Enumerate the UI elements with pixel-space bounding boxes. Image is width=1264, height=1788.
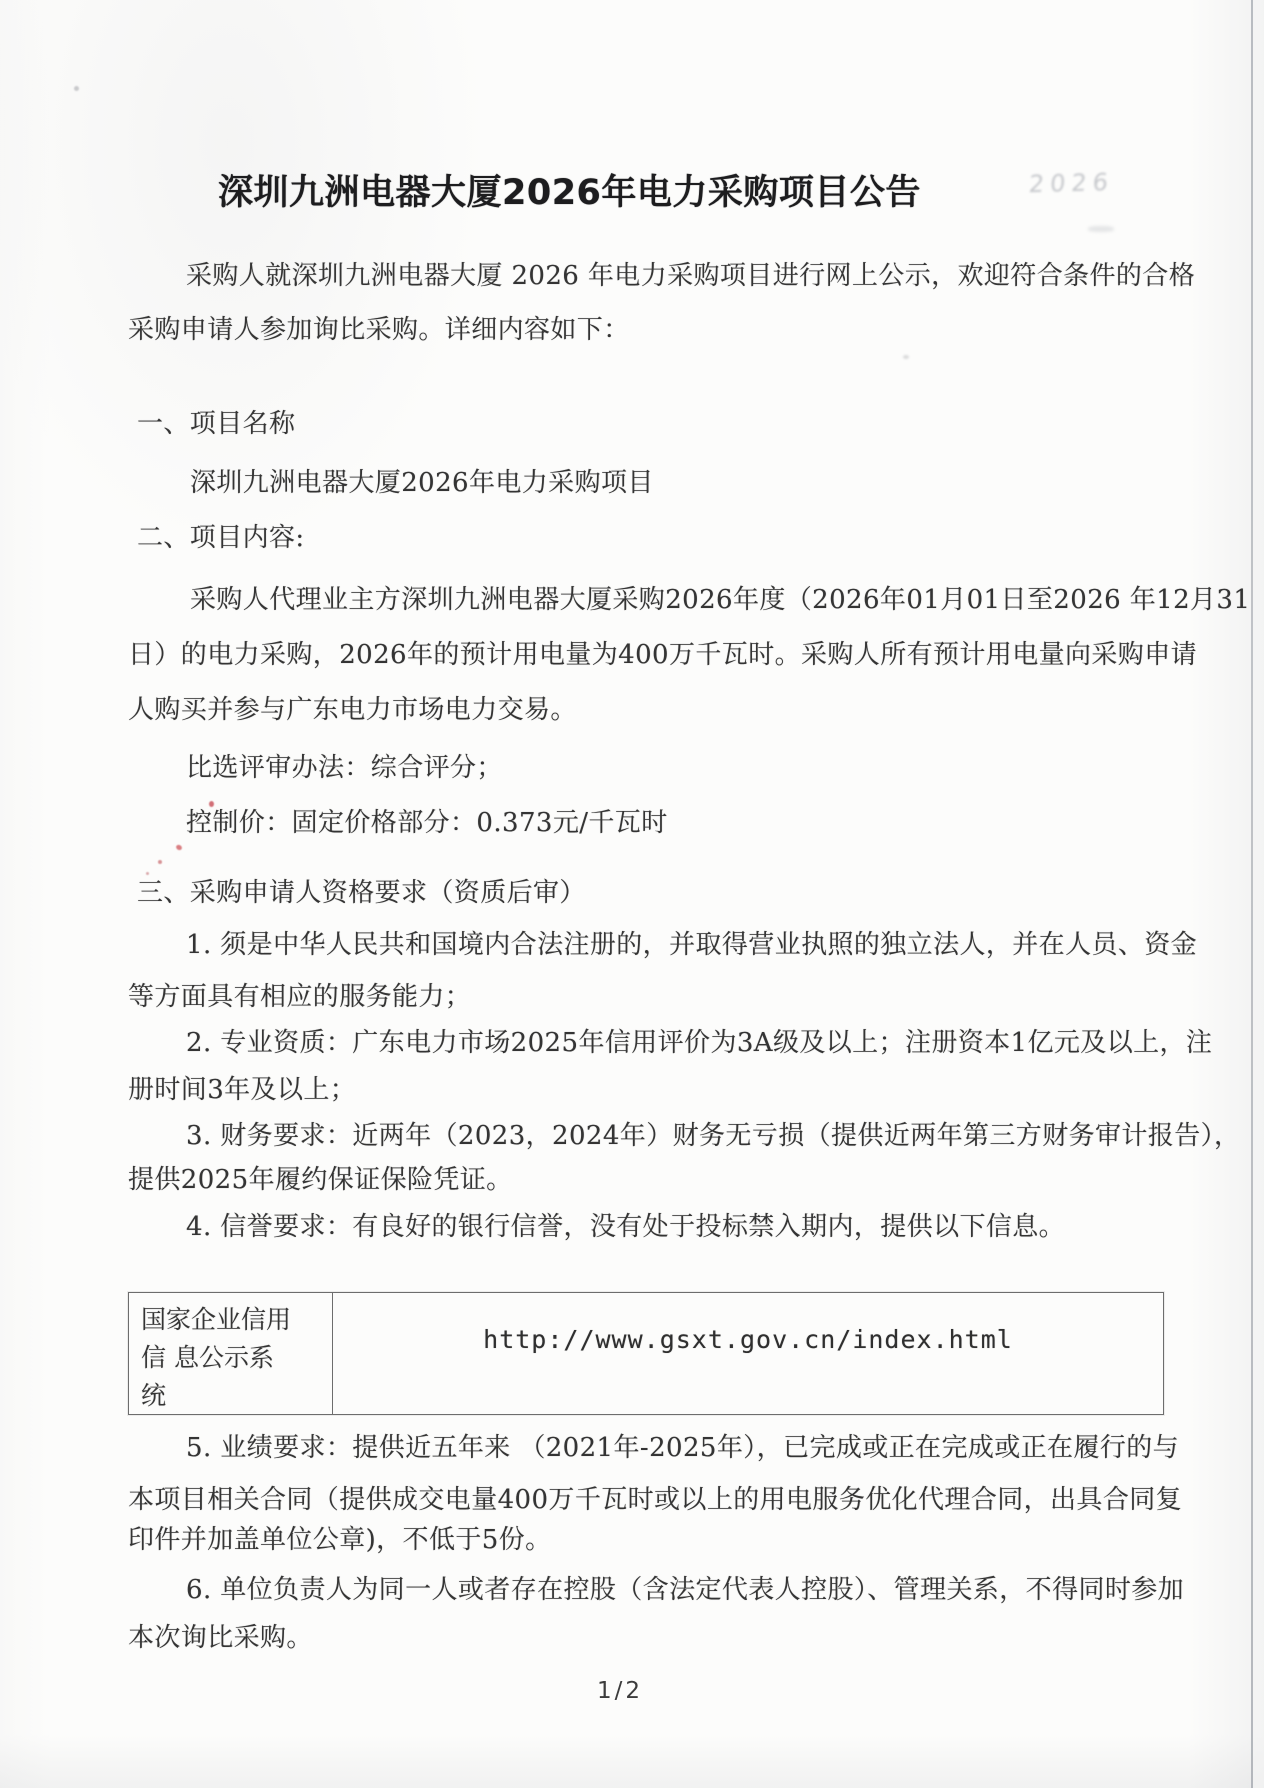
intro-line-2: 采购申请人参加询比采购。详细内容如下： (128, 303, 1188, 357)
page-number: 1/2 (0, 1666, 1240, 1716)
requirement-5-line-3: 印件并加盖单位公章)，不低于5份。 (128, 1513, 1188, 1567)
requirement-4-line: 4. 信誉要求：有良好的银行信誉，没有处于投标禁入期内，提供以下信息。 (186, 1200, 1246, 1254)
document-title: 深圳九洲电器大厦2026年电力采购项目公告 (218, 164, 921, 222)
scan-artifact-gray-speck (903, 355, 909, 359)
scan-artifact-red-speck (209, 801, 214, 807)
section2-para-line-2: 日）的电力采购，2026年的预计用电量为400万千瓦时。采购人所有预计用电量向采… (128, 628, 1188, 682)
credit-system-url-cell: http://www.gsxt.gov.cn/index.html (333, 1279, 1163, 1400)
scan-artifact-red-speck (175, 844, 183, 851)
scan-artifact-red-speck (158, 860, 162, 864)
section2-heading: 二、项目内容: (137, 511, 1197, 565)
credit-system-name-cell: 国家企业信用 信 息公示系 统 (129, 1293, 333, 1414)
scan-artifact-gray-speck (74, 86, 79, 91)
section1-heading: 一、项目名称 (137, 397, 1197, 451)
requirement-6-line-1: 6. 单位负责人为同一人或者存在控股（含法定代表人控股）、管理关系，不得同时参加 (186, 1563, 1246, 1617)
requirement-2-line-1: 2. 专业资质：广东电力市场2025年信用评价为3A级及以上；注册资本1亿元及以… (186, 1016, 1246, 1070)
requirement-3-line-2: 提供2025年履约保证保险凭证。 (128, 1153, 1188, 1207)
requirement-5-line-1: 5. 业绩要求：提供近五年来 （2021年-2025年），已完成或正在完成或正在… (186, 1421, 1246, 1475)
requirement-6-line-2: 本次询比采购。 (128, 1611, 1188, 1665)
scan-artifact-red-speck (146, 872, 149, 875)
section1-project-name: 深圳九洲电器大厦2026年电力采购项目 (190, 456, 1250, 510)
intro-line-1: 采购人就深圳九洲电器大厦 2026 年电力采购项目进行网上公示，欢迎符合条件的合… (186, 249, 1246, 303)
scan-artifact-gray-smudge (1088, 226, 1114, 232)
credit-info-table: 国家企业信用 信 息公示系 统 http://www.gsxt.gov.cn/i… (128, 1292, 1164, 1415)
faint-stamp-artifact: 2026 (1026, 166, 1210, 221)
section2-para-line-1: 采购人代理业主方深圳九洲电器大厦采购2026年度（2026年01月01日至202… (190, 573, 1250, 627)
price-cap-line: 控制价：固定价格部分：0.373元/千瓦时 (186, 796, 1246, 850)
review-method-line: 比选评审办法：综合评分； (186, 741, 1246, 795)
scan-edge-shade (1253, 0, 1264, 1788)
requirement-1-line-1: 1. 须是中华人民共和国境内合法注册的，并取得营业执照的独立法人，并在人员、资金 (186, 918, 1246, 972)
scan-edge-line (1251, 0, 1253, 1788)
scanned-document-page: 深圳九洲电器大厦2026年电力采购项目公告 2026 采购人就深圳九洲电器大厦 … (0, 0, 1264, 1788)
section3-heading: 三、采购申请人资格要求（资质后审） (137, 866, 1197, 920)
section2-para-line-3: 人购买并参与广东电力市场电力交易。 (128, 683, 1188, 737)
